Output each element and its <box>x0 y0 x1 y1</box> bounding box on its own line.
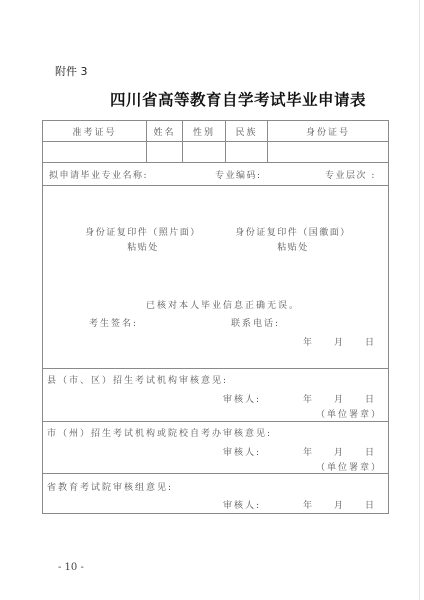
county-review-title: 县（市、区）招生考试机构审核意见: <box>47 373 228 386</box>
year-label: 年 <box>303 335 312 348</box>
day-label: 日 <box>365 498 374 511</box>
id-back-paste-area: 身份证复印件（国徽面） 粘贴处 <box>233 226 353 256</box>
confirmation-date: 年 月 日 <box>303 335 374 348</box>
gender-field[interactable] <box>183 142 226 163</box>
id-back-sub: 粘贴处 <box>233 241 353 256</box>
province-review-title: 省教育考试院审核组意见: <box>47 480 173 493</box>
header-id-number: 身份证号 <box>268 121 389 142</box>
month-label: 月 <box>334 392 343 405</box>
phone-label: 联系电话: <box>231 316 280 329</box>
city-seal-label: （单位署章） <box>316 460 382 473</box>
county-review-row: 县（市、区）招生考试机构审核意见: 审核人: 年 月 日 （单位署章） <box>43 369 389 422</box>
exam-number-field[interactable] <box>43 142 147 163</box>
id-back-label: 身份证复印件（国徽面） <box>233 226 353 241</box>
id-front-paste-area: 身份证复印件（照片面） 粘贴处 <box>83 226 203 256</box>
month-label: 月 <box>334 498 343 511</box>
major-level-label: 专业层次 : <box>325 168 376 181</box>
month-label: 月 <box>334 335 343 348</box>
county-review-date: 年 月 日 <box>303 392 374 405</box>
city-reviewer-label: 审核人: <box>223 445 261 458</box>
city-review-date: 年 月 日 <box>303 445 374 458</box>
major-code-label: 专业编码: <box>215 168 325 181</box>
id-front-sub: 粘贴处 <box>83 241 203 256</box>
province-review-row: 省教育考试院审核组意见: 审核人: 年 月 日 <box>43 474 389 514</box>
id-copy-row: 身份证复印件（照片面） 粘贴处 身份证复印件（国徽面） 粘贴处 已核对本人毕业信… <box>43 186 389 369</box>
id-number-field[interactable] <box>268 142 389 163</box>
page-number: - 10 - <box>58 562 84 573</box>
day-label: 日 <box>365 335 374 348</box>
header-gender: 性别 <box>183 121 226 142</box>
major-row: 拟申请毕业专业名称: 专业编码: 专业层次 : <box>43 163 389 186</box>
year-label: 年 <box>303 445 312 458</box>
ethnicity-field[interactable] <box>226 142 268 163</box>
major-name-label: 拟申请毕业专业名称: <box>49 168 215 181</box>
attachment-label: 附件 3 <box>55 63 88 79</box>
header-ethnicity: 民族 <box>226 121 268 142</box>
id-front-label: 身份证复印件（照片面） <box>83 226 203 241</box>
city-review-title: 市（州）招生考试机构或院校自考办审核意见: <box>47 426 272 439</box>
county-seal-label: （单位署章） <box>316 407 382 420</box>
province-review-date: 年 月 日 <box>303 498 374 511</box>
day-label: 日 <box>365 392 374 405</box>
year-label: 年 <box>303 498 312 511</box>
signature-label: 考生签名: <box>89 316 138 329</box>
name-field[interactable] <box>147 142 183 163</box>
confirmation-statement: 已核对本人毕业信息正确无误。 <box>43 298 388 311</box>
month-label: 月 <box>334 445 343 458</box>
form-title: 四川省高等教育自学考试毕业申请表 <box>0 88 424 110</box>
city-review-row: 市（州）招生考试机构或院校自考办审核意见: 审核人: 年 月 日 （单位署章） <box>43 422 389 474</box>
year-label: 年 <box>303 392 312 405</box>
header-row: 准考证号 姓名 性别 民族 身份证号 <box>43 121 389 142</box>
header-exam-number: 准考证号 <box>43 121 147 142</box>
county-reviewer-label: 审核人: <box>223 392 261 405</box>
input-row <box>43 142 389 163</box>
province-reviewer-label: 审核人: <box>223 498 261 511</box>
day-label: 日 <box>365 445 374 458</box>
application-form-table: 准考证号 姓名 性别 民族 身份证号 拟申请毕业专业名称: 专业编码: 专业层次… <box>42 120 389 514</box>
header-name: 姓名 <box>147 121 183 142</box>
